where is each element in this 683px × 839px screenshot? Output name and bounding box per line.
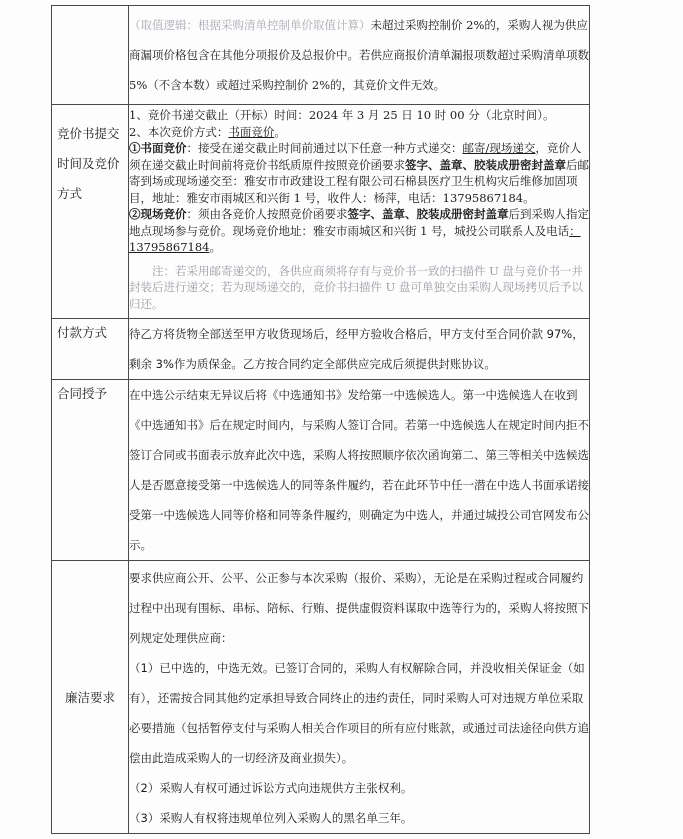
- label-line-3: 方式: [52, 179, 128, 209]
- note-text: 注：若采用邮寄递交的，各供应商须将存有与竞价书一致的扫描件 U 盘与竞价书一并封…: [129, 263, 589, 313]
- onsite-bid-title: ②现场竞价: [129, 207, 187, 221]
- faded-prefix-text: （取值逻辑：根据采购清单控制单价取值计算）: [129, 18, 371, 32]
- row-content-contract-award: 在中选公示结束无异议后将《中选通知书》发给第一中选候选人。第一中选候选人在收到《…: [129, 380, 590, 561]
- row-label-contract-award: 合同授予: [52, 380, 129, 561]
- procurement-terms-table: （取值逻辑：根据采购清单控制单价取值计算）未超过采购控制价 2%的，采购人视为供…: [51, 5, 590, 834]
- document-page: （取值逻辑：根据采购清单控制单价取值计算）未超过采购控制价 2%的，采购人视为供…: [0, 0, 683, 839]
- table-row-submission: 竞价书提交 时间及竞价 方式 1、竞价书递交截止（开标）时间：2024 年 3 …: [52, 105, 590, 319]
- contract-award-text: 在中选公示结束无异议后将《中选通知书》发给第一中选候选人。第一中选候选人在收到《…: [129, 380, 589, 560]
- row-content-price-logic: （取值逻辑：根据采购清单控制单价取值计算）未超过采购控制价 2%的，采购人视为供…: [129, 6, 590, 105]
- row-label-submission: 竞价书提交 时间及竞价 方式: [52, 105, 129, 319]
- delivery-method: 邮寄/现场递交: [463, 141, 536, 155]
- table-row-contract-award: 合同授予 在中选公示结束无异议后将《中选通知书》发给第一中选候选人。第一中选候选…: [52, 380, 590, 561]
- integrity-item-2: （2）采购人有权可通过诉讼方式向违规供方主张权利。: [129, 773, 589, 803]
- row-label-payment: 付款方式: [52, 319, 129, 380]
- row-label-empty: [52, 6, 129, 105]
- method-text: 2、本次竞价方式：书面竞价。: [129, 124, 589, 141]
- row-content-submission: 1、竞价书递交截止（开标）时间：2024 年 3 月 25 日 10 时 00 …: [129, 105, 590, 319]
- label-line-2: 时间及竞价: [52, 149, 128, 179]
- deadline-text: 1、竞价书递交截止（开标）时间：2024 年 3 月 25 日 10 时 00 …: [129, 107, 589, 124]
- table-row-integrity: 廉洁要求 要求供应商公开、公平、公正参与本次采购（报价、采购），无论是在采购过程…: [52, 561, 590, 834]
- integrity-item-3: （3）采购人有权将违规单位列入采购人的黑名单三年。: [129, 803, 589, 833]
- written-bid-text: ①书面竞价：接受在递交截止时间前通过以下任意一种方式递交：邮寄/现场递交，竞价人…: [129, 140, 589, 206]
- payment-text: 待乙方将货物全部送至甲方收货现场后，经甲方验收合格后，甲方支付至合同价款 97%…: [129, 319, 589, 379]
- onsite-bid-text: ②现场竞价：须由各竞价人按照竞价函要求签字、盖章、胶装成册密封盖章后到采购人指定…: [129, 206, 589, 256]
- written-bid-title: ①书面竞价: [129, 141, 187, 155]
- integrity-item-1: （1）已中选的，中选无效。已签订合同的，采购人有权解除合同，并没收相关保证金（如…: [129, 653, 589, 773]
- method-value: 书面竞价: [228, 125, 274, 139]
- integrity-intro: 要求供应商公开、公平、公正参与本次采购（报价、采购），无论是在采购过程或合同履约…: [129, 563, 589, 653]
- row-content-payment: 待乙方将货物全部送至甲方收货现场后，经甲方验收合格后，甲方支付至合同价款 97%…: [129, 319, 590, 380]
- row-label-integrity: 廉洁要求: [52, 561, 129, 834]
- table-row-price-logic: （取值逻辑：根据采购清单控制单价取值计算）未超过采购控制价 2%的，采购人视为供…: [52, 6, 590, 105]
- table-row-payment: 付款方式 待乙方将货物全部送至甲方收货现场后，经甲方验收合格后，甲方支付至合同价…: [52, 319, 590, 380]
- label-line-1: 竞价书提交: [52, 119, 128, 149]
- row-content-integrity: 要求供应商公开、公平、公正参与本次采购（报价、采购），无论是在采购过程或合同履约…: [129, 561, 590, 834]
